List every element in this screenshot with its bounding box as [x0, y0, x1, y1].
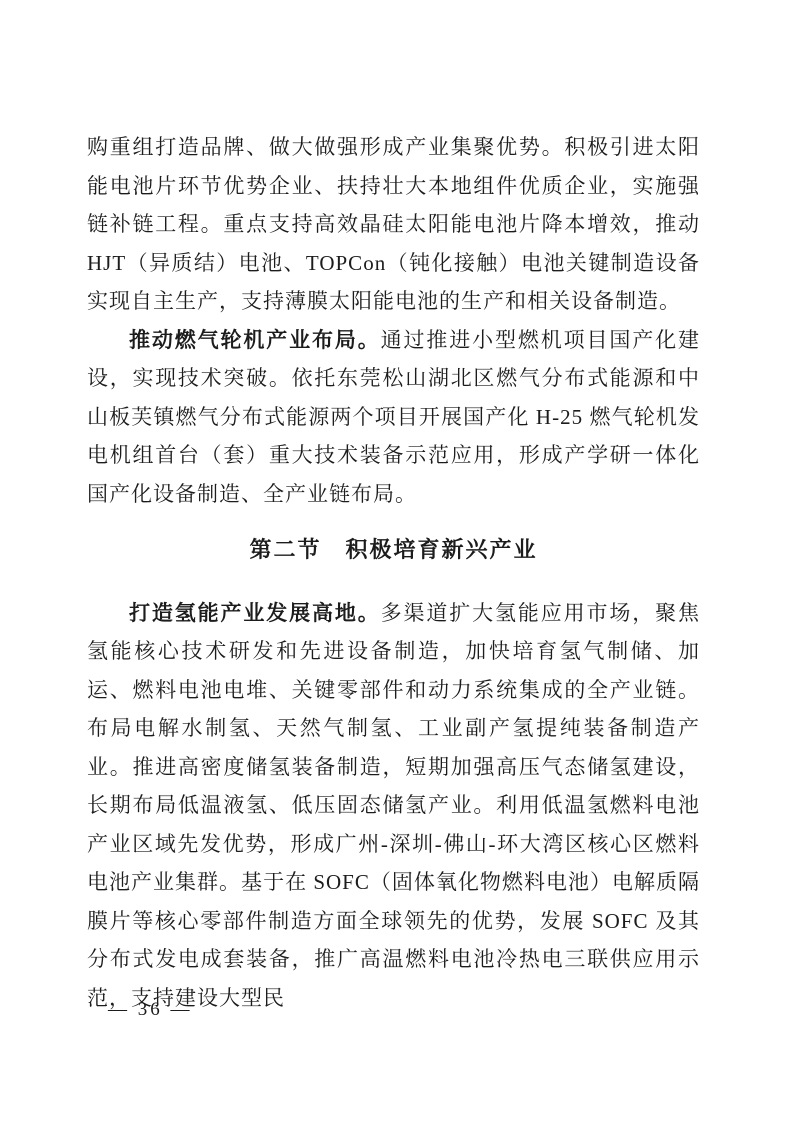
paragraph-text: 购重组打造品牌、做大做强形成产业集聚优势。积极引进太阳能电池片环节优势企业、扶持…: [87, 135, 700, 313]
paragraph-gas-turbine: 推动燃气轮机产业布局。通过推进小型燃机项目国产化建设，实现技术突破。依托东莞松山…: [87, 321, 700, 514]
paragraph-lead: 打造氢能产业发展高地。: [129, 601, 381, 625]
paragraph-text: 多渠道扩大氢能应用市场，聚焦氢能核心技术研发和先进设备制造，加快培育氢气制储、加…: [87, 601, 700, 1010]
paragraph-lead: 推动燃气轮机产业布局。: [129, 328, 381, 352]
paragraph-hydrogen: 打造氢能产业发展高地。多渠道扩大氢能应用市场，聚焦氢能核心技术研发和先进设备制造…: [87, 594, 700, 1018]
page-number: — 36 —: [108, 998, 193, 1022]
paragraph-text: 通过推进小型燃机项目国产化建设，实现技术突破。依托东莞松山湖北区燃气分布式能源和…: [87, 328, 700, 506]
paragraph-solar-continuation: 购重组打造品牌、做大做强形成产业集聚优势。积极引进太阳能电池片环节优势企业、扶持…: [87, 128, 700, 321]
section-heading: 第二节 积极培育新兴产业: [87, 531, 700, 570]
document-page: 购重组打造品牌、做大做强形成产业集聚优势。积极引进太阳能电池片环节优势企业、扶持…: [0, 0, 794, 1123]
document-body: 购重组打造品牌、做大做强形成产业集聚优势。积极引进太阳能电池片环节优势企业、扶持…: [87, 128, 700, 1017]
